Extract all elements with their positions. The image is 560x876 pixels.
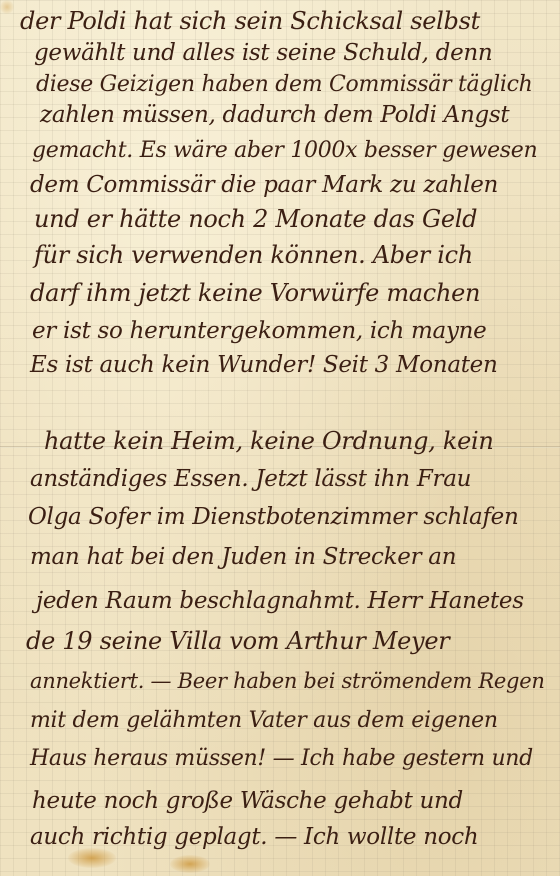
handwritten-line: Haus heraus müssen! — Ich habe gestern u… (30, 742, 533, 776)
handwritten-line: de 19 seine Villa vom Arthur Meyer (26, 624, 449, 658)
handwritten-line: gemacht. Es wäre aber 1000x besser gewes… (32, 134, 537, 168)
handwritten-line: Es ist auch kein Wunder! Seit 3 Monaten (30, 348, 498, 382)
handwritten-line: heute noch große Wäsche gehabt und (32, 784, 463, 818)
handwritten-line: zahlen müssen, dadurch dem Poldi Angst (40, 98, 509, 132)
stain-mark (0, 0, 14, 14)
handwritten-line: und er hätte noch 2 Monate das Geld (34, 202, 477, 236)
stain-mark (170, 855, 210, 873)
handwritten-line: hatte kein Heim, keine Ordnung, kein (44, 424, 494, 458)
handwritten-line: annektiert. — Beer haben bei strömendem … (30, 664, 545, 698)
handwritten-line: darf ihm jetzt keine Vorwürfe machen (30, 276, 480, 310)
handwritten-line: er ist so heruntergekommen, ich mayne (32, 314, 486, 348)
handwritten-line: diese Geizigen haben dem Commissär tägli… (36, 68, 533, 102)
handwritten-line: mit dem gelähmten Vater aus dem eigenen (30, 704, 498, 738)
handwritten-line: gewählt und alles ist seine Schuld, denn (34, 36, 492, 70)
handwritten-line: dem Commissär die paar Mark zu zahlen (30, 168, 498, 202)
handwritten-line: für sich verwenden können. Aber ich (34, 238, 473, 272)
handwritten-line: Olga Sofer im Dienstbotenzimmer schlafen (28, 500, 519, 534)
handwritten-line: jeden Raum beschlagnahmt. Herr Hanetes (36, 584, 524, 618)
handwritten-line: anständiges Essen. Jetzt lässt ihn Frau (30, 462, 471, 496)
handwritten-line: auch richtig geplagt. — Ich wollte noch (30, 820, 478, 854)
letter-page: der Poldi hat sich sein Schicksal selbst… (0, 0, 560, 876)
handwritten-line: man hat bei den Juden in Strecker an (30, 540, 456, 574)
handwritten-line: der Poldi hat sich sein Schicksal selbst (20, 4, 480, 38)
